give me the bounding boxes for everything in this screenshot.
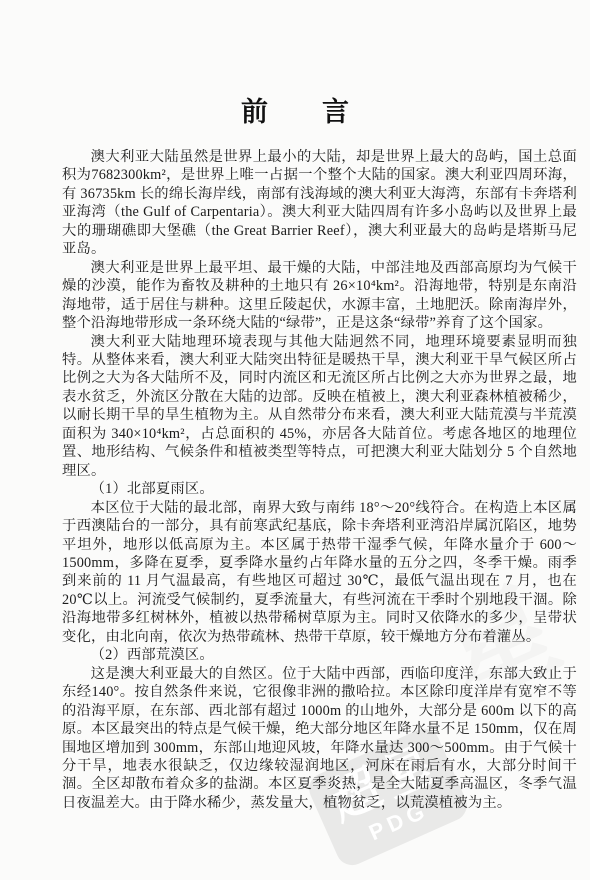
paragraph-flat-dry-continent: 澳大利亚是世界上最平坦、最干燥的大陆，中部洼地及西部高原均为气候干燥的沙漠，能作…	[62, 259, 577, 333]
preface-body: 澳大利亚大陆虽然是世界上最小的大陆，却是世界上最大的岛屿，国土总面积为76823…	[62, 148, 577, 812]
paragraph-geographic-environment: 澳大利亚大陆地理环境表现与其他大陆迥然不同，地理环境要素显明而独特。从整体来看，…	[62, 333, 577, 481]
section-heading-west-desert-region: （2）西部荒漠区。	[62, 646, 577, 664]
page-title: 前 言	[0, 90, 590, 129]
paragraph-north-summer-rain-region: 本区位于大陆的最北部，南界大致与南纬 18°～20°线符合。在构造上本区属于西澳…	[62, 499, 577, 647]
paragraph-west-desert-region: 这是澳大利亚最大的自然区。位于大陆中西部，西临印度洋，东部大致止于东经140°。…	[62, 665, 577, 813]
paragraph-continent-overview: 澳大利亚大陆虽然是世界上最小的大陆，却是世界上最大的岛屿，国土总面积为76823…	[62, 148, 577, 259]
section-heading-north-summer-rain-region: （1）北部夏雨区。	[62, 480, 577, 498]
book-page: 星 超星 PDG 前 言 澳大利亚大陆虽然是世界上最小的大陆，却是世界上最大的岛…	[0, 0, 590, 880]
